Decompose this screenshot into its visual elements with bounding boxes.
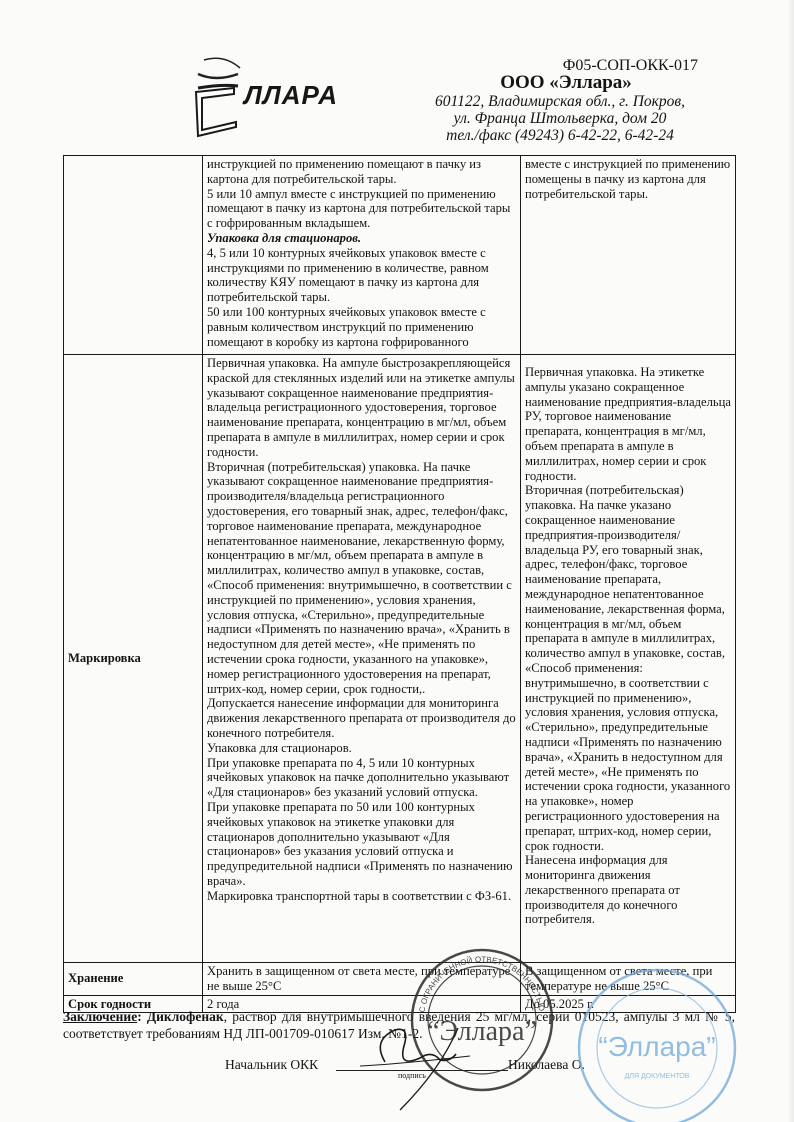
paragraph: Вторичная (потребительская) упаковка. На… <box>525 483 731 853</box>
paragraph: Первичная упаковка. На ампуле быстрозакр… <box>207 356 516 460</box>
subheading: Упаковка для стационаров. <box>207 231 516 246</box>
paragraph: При упаковке препарата по 4, 5 или 10 ко… <box>207 756 516 800</box>
company-address-line: ул. Франца Штольверка, дом 20 <box>400 110 720 128</box>
signer-name: Николаева О. <box>508 1057 585 1073</box>
paragraph: Упаковка для стационаров. <box>207 741 516 756</box>
row-label: Хранение <box>64 963 203 996</box>
result-cell: В защищенном от света месте, при темпера… <box>521 963 736 996</box>
paragraph: Вторичная (потребительская) упаковка. На… <box>207 460 516 697</box>
table-row: Хранение Хранить в защищенном от света м… <box>64 963 736 996</box>
paragraph: Допускается нанесение информации для мон… <box>207 696 516 740</box>
paragraph: вместе с инструкцией по применению помещ… <box>525 157 731 201</box>
conclusion: Заключение: Диклофенак, раствор для внут… <box>63 1008 735 1042</box>
conclusion-label: Заключение <box>63 1009 137 1024</box>
svg-text:ДЛЯ ДОКУМЕНТОВ: ДЛЯ ДОКУМЕНТОВ <box>625 1073 690 1080</box>
paragraph: Маркировка транспортной тары в соответст… <box>207 889 516 904</box>
requirement-cell: инструкцией по применению помещают в пач… <box>203 156 521 355</box>
paragraph: 5 или 10 ампул вместе с инструкцией по п… <box>207 187 516 231</box>
paragraph: инструкцией по применению помещают в пач… <box>207 157 516 187</box>
company-logo: ЛЛАРА <box>190 52 350 142</box>
company-name: ООО «Эллара» <box>420 72 712 94</box>
result-cell: Первичная упаковка. На этикетке ампулы у… <box>521 355 736 963</box>
paragraph: 50 или 100 контурных ячейковых упаковок … <box>207 305 516 349</box>
paragraph: 4, 5 или 10 контурных ячейковых упаковок… <box>207 246 516 305</box>
quality-table: инструкцией по применению помещают в пач… <box>63 155 736 1013</box>
row-label <box>64 156 203 355</box>
row-label: Маркировка <box>64 355 203 963</box>
signer-position: Начальник ОКК <box>225 1057 318 1073</box>
page-edge <box>788 0 794 1122</box>
result-cell: вместе с инструкцией по применению помещ… <box>521 156 736 355</box>
requirement-cell: Первичная упаковка. На ампуле быстрозакр… <box>203 355 521 963</box>
drug-name: Диклофенак <box>147 1009 224 1024</box>
requirement-cell: Хранить в защищенном от света месте, при… <box>203 963 521 996</box>
company-address-line: 601122, Владимирская обл., г. Покров, <box>400 93 720 111</box>
company-phone: тел./факс (49243) 6-42-22, 6-42-24 <box>400 127 720 145</box>
paragraph: Первичная упаковка. На этикетке ампулы у… <box>525 365 731 483</box>
paragraph: Нанесена информация для мониторинга движ… <box>525 853 731 927</box>
table-row: Маркировка Первичная упаковка. На ампуле… <box>64 355 736 963</box>
paragraph: При упаковке препарата по 50 или 100 кон… <box>207 800 516 889</box>
logo-text: ЛЛАРА <box>244 80 338 111</box>
table-row: инструкцией по применению помещают в пач… <box>64 156 736 355</box>
signature-caption: подпись <box>398 1071 426 1080</box>
